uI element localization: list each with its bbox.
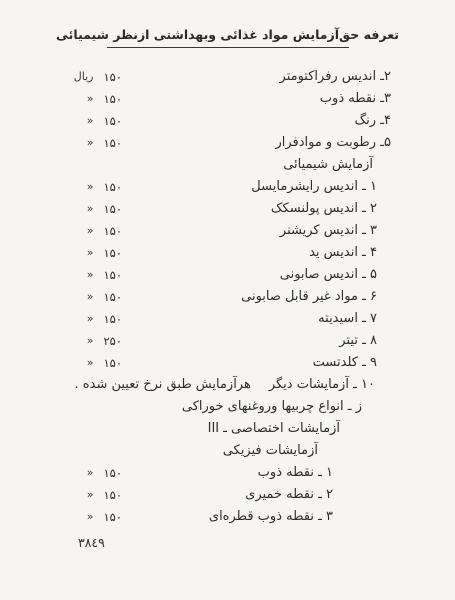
fee-label: ۴ـ رنگ — [355, 110, 391, 132]
fee-amount: ۱۵۰« — [50, 88, 122, 110]
fee-list: ۱۵۰ریال ۲ـ اندیس رفراکتومتر ۱۵۰« ۳ـ نقطه… — [0, 66, 455, 528]
page-title: تعرفه حق‌آزمایش مواد غذائی وبهداشتی ازنظ… — [56, 27, 399, 42]
fee-row: ۱۵۰« ۹ ـ کلدتست — [0, 352, 455, 374]
fee-label: ۸ ـ تیتر — [339, 330, 377, 352]
amount-value: ۱۵۰ — [103, 484, 122, 506]
fee-label: ۱ ـ نقطه ذوب — [258, 462, 333, 484]
section-header-label: آزمایشات فیزیکی — [223, 440, 318, 462]
fee-row: ۱۵۰« ۱ ـ اندیس رایشرمایسل — [0, 176, 455, 198]
ditto-mark: « — [87, 110, 94, 132]
section-header-physical: آزمایشات فیزیکی — [0, 440, 455, 462]
ditto-mark: « — [87, 220, 94, 242]
fee-amount: ۱۵۰« — [50, 462, 122, 484]
page-number: ۳۸٤۹ — [78, 535, 105, 550]
amount-value: ۱۵۰ — [103, 462, 122, 484]
fee-row: ۱۵۰« ۴ـ رنگ — [0, 110, 455, 132]
fee-row: ۱۵۰ریال ۲ـ اندیس رفراکتومتر — [0, 66, 455, 88]
section-label: آزمایشات اختصاصیـIII — [208, 418, 340, 440]
amount-value: ۱۵۰ — [103, 66, 122, 88]
amount-value: ۱۵۰ — [103, 242, 122, 264]
section-label-text: آزمایشات اختصاصی — [231, 421, 340, 436]
section-row-special-tests: آزمایشات اختصاصیـIII — [0, 418, 455, 440]
amount-value: ۱۵۰ — [103, 308, 122, 330]
amount-value: ۱۵۰ — [103, 286, 122, 308]
fee-label: ۹ ـ کلدتست — [313, 352, 377, 374]
fee-amount: ۱۵۰ریال — [50, 66, 122, 88]
fee-label: ۴ ـ اندیس ید — [309, 242, 377, 264]
fee-row: ۱۵۰« ۳ ـ اندیس کریشنر — [0, 220, 455, 242]
fee-label: ۳ ـ اندیس کریشنر — [280, 220, 377, 242]
fee-label: ۲ـ اندیس رفراکتومتر — [280, 66, 391, 88]
fee-row: ۱۵۰« ۲ ـ اندیس پولنسکک — [0, 198, 455, 220]
fee-amount: ۱۵۰« — [50, 352, 122, 374]
fee-row: ۱۵۰« ۶ ـ مواد غیر قابل صابونی — [0, 286, 455, 308]
fee-amount: ۱۵۰« — [50, 132, 122, 154]
fee-label-text: ۱۰ ـ آزمایشات دیگر — [269, 377, 375, 392]
subsection-row-fats-oils: ز ـ انواع چربیها وروغنهای خوراکی — [0, 396, 455, 418]
ditto-mark: « — [87, 242, 94, 264]
ditto-mark: « — [87, 462, 94, 484]
amount-value: ۱۵۰ — [103, 506, 122, 528]
fee-label: ۷ ـ اسیدیته — [318, 308, 377, 330]
title-block: تعرفه حق‌آزمایش مواد غذائی وبهداشتی ازنظ… — [0, 24, 455, 48]
fee-row: ۱۵۰« ۳ ـ نقطه ذوب قطره‌ای — [0, 506, 455, 528]
fee-amount: ۱۵۰« — [50, 176, 122, 198]
fee-label: ۳ـ نقطه ذوب — [320, 88, 391, 110]
amount-value: ۱۵۰ — [103, 198, 122, 220]
fee-row: ۱۵۰« ۱ ـ نقطه ذوب — [0, 462, 455, 484]
fee-note: هرآزمایش طبق نرخ تعیین شده . — [75, 377, 251, 392]
ditto-mark: « — [87, 308, 94, 330]
separator-dash: ـ — [219, 421, 231, 436]
section-numeral: III — [208, 421, 220, 436]
ditto-mark: « — [87, 286, 94, 308]
ditto-mark: « — [87, 264, 94, 286]
fee-label: ۳ ـ نقطه ذوب قطره‌ای — [209, 506, 333, 528]
fee-label: ۶ ـ مواد غیر قابل صابونی — [241, 286, 377, 308]
fee-amount: ۱۵۰« — [50, 198, 122, 220]
fee-amount: ۱۵۰« — [50, 110, 122, 132]
fee-row: ۱۵۰« ۳ـ نقطه ذوب — [0, 88, 455, 110]
fee-row-other-tests: ۱۰ ـ آزمایشات دیگرهرآزمایش طبق نرخ تعیین… — [0, 374, 455, 396]
ditto-mark: « — [87, 484, 94, 506]
fee-row: ۱۵۰« ۲ ـ نقطه خمیری — [0, 484, 455, 506]
amount-value: ۲۵۰ — [103, 330, 122, 352]
amount-value: ۱۵۰ — [103, 110, 122, 132]
fee-row: ۱۵۰« ۴ ـ اندیس ید — [0, 242, 455, 264]
ditto-mark: « — [87, 352, 94, 374]
fee-amount: ۱۵۰« — [50, 286, 122, 308]
amount-unit: ریال — [74, 66, 94, 88]
fee-label: ۲ ـ اندیس پولنسکک — [271, 198, 377, 220]
section-header-label: آزمایش شیمیائی — [283, 154, 373, 176]
ditto-mark: « — [87, 330, 94, 352]
amount-value: ۱۵۰ — [103, 220, 122, 242]
fee-amount: ۱۵۰« — [50, 506, 122, 528]
fee-row: ۱۵۰« ۵ ـ اندیس صابونی — [0, 264, 455, 286]
ditto-mark: « — [87, 88, 94, 110]
fee-amount: ۱۵۰« — [50, 242, 122, 264]
amount-value: ۱۵۰ — [103, 176, 122, 198]
fee-row: ۲۵۰« ۸ ـ تیتر — [0, 330, 455, 352]
amount-value: ۱۵۰ — [103, 88, 122, 110]
ditto-mark: « — [87, 198, 94, 220]
fee-row: ۱۵۰« ۵ـ رطوبت و موادفرار — [0, 132, 455, 154]
ditto-mark: « — [87, 132, 94, 154]
fee-amount: ۱۵۰« — [50, 308, 122, 330]
amount-value: ۱۵۰ — [103, 352, 122, 374]
ditto-mark: « — [87, 176, 94, 198]
fee-label: ۱ ـ اندیس رایشرمایسل — [251, 176, 377, 198]
amount-value: ۱۵۰ — [103, 264, 122, 286]
fee-amount: ۱۵۰« — [50, 484, 122, 506]
ditto-mark: « — [87, 506, 94, 528]
fee-label: ۱۰ ـ آزمایشات دیگرهرآزمایش طبق نرخ تعیین… — [75, 374, 375, 396]
section-header-chemical: آزمایش شیمیائی — [0, 154, 455, 176]
fee-row: ۱۵۰« ۷ ـ اسیدیته — [0, 308, 455, 330]
fee-amount: ۱۵۰« — [50, 264, 122, 286]
fee-amount: ۲۵۰« — [50, 330, 122, 352]
fee-amount: ۱۵۰« — [50, 220, 122, 242]
amount-value: ۱۵۰ — [103, 132, 122, 154]
subsection-label: ز ـ انواع چربیها وروغنهای خوراکی — [182, 396, 362, 418]
fee-label: ۲ ـ نقطه خمیری — [245, 484, 333, 506]
scanned-document-page: تعرفه حق‌آزمایش مواد غذائی وبهداشتی ازنظ… — [0, 0, 455, 600]
fee-label: ۵ـ رطوبت و موادفرار — [275, 132, 391, 154]
title-underline — [107, 47, 349, 48]
fee-label: ۵ ـ اندیس صابونی — [280, 264, 377, 286]
